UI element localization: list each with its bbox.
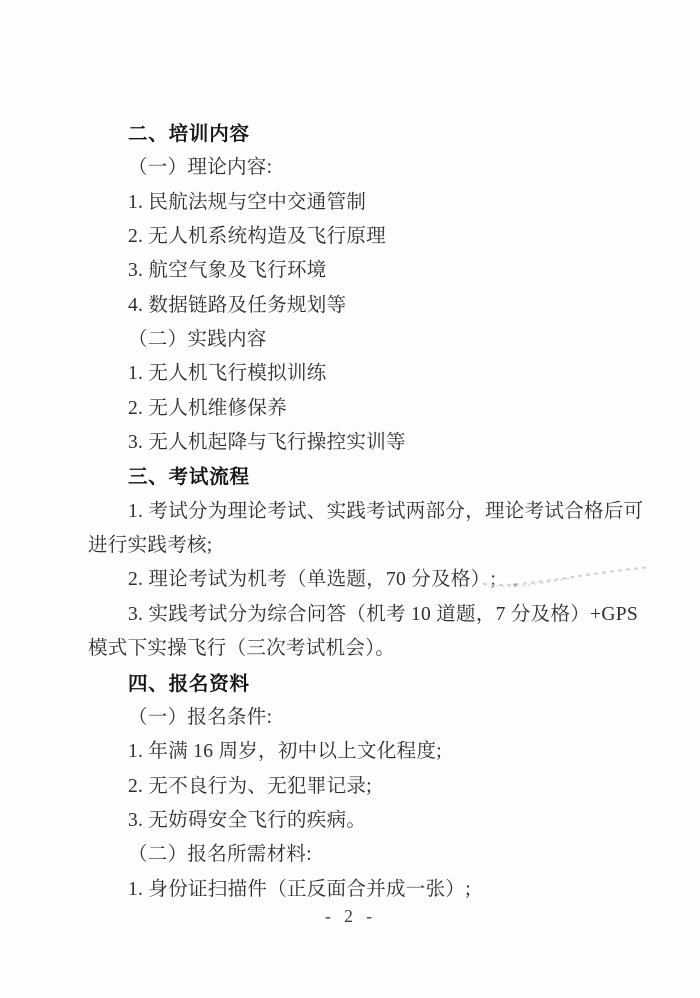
doc-line-subheading: （一）报名条件: <box>88 701 650 735</box>
doc-line-item: 3. 无妨碍安全飞行的疾病。 <box>88 804 650 838</box>
doc-line-item: 4. 数据链路及任务规划等 <box>88 289 650 323</box>
doc-line-subheading: （二）报名所需材料: <box>88 838 650 872</box>
doc-line-item: 3. 实践考试分为综合问答（机考 10 道题，7 分及格）+GPS <box>88 598 650 632</box>
doc-line-item: 1. 民航法规与空中交通管制 <box>88 186 650 220</box>
doc-line-item: 2. 理论考试为机考（单选题，70 分及格）; <box>88 563 650 597</box>
page-footer: - 2 - <box>0 906 700 927</box>
doc-line-item: 3. 航空气象及飞行环境 <box>88 254 650 288</box>
doc-line-heading: 三、考试流程 <box>88 460 650 494</box>
scanned-document-page: 二、培训内容（一）理论内容:1. 民航法规与空中交通管制2. 无人机系统构造及飞… <box>0 0 700 998</box>
doc-line-item: 1. 身份证扫描件（正反面合并成一张）; <box>88 873 650 907</box>
doc-line-item: 1. 无人机飞行模拟训练 <box>88 357 650 391</box>
doc-line-item: 2. 无人机系统构造及飞行原理 <box>88 220 650 254</box>
doc-line-continuation: 模式下实操飞行（三次考试机会）。 <box>88 632 650 666</box>
page-number: - 2 - <box>325 906 375 926</box>
doc-line-subheading: （一）理论内容: <box>88 151 650 185</box>
doc-line-subheading: （二）实践内容 <box>88 323 650 357</box>
doc-line-item: 3. 无人机起降与飞行操控实训等 <box>88 426 650 460</box>
doc-line-heading: 二、培训内容 <box>88 117 650 151</box>
doc-line-continuation: 进行实践考核; <box>88 529 650 563</box>
doc-line-item: 1. 年满 16 周岁，初中以上文化程度; <box>88 735 650 769</box>
doc-line-heading: 四、报名资料 <box>88 667 650 701</box>
doc-line-item: 2. 无不良行为、无犯罪记录; <box>88 770 650 804</box>
document-body: 二、培训内容（一）理论内容:1. 民航法规与空中交通管制2. 无人机系统构造及飞… <box>88 117 650 907</box>
doc-line-item: 1. 考试分为理论考试、实践考试两部分，理论考试合格后可 <box>88 495 650 529</box>
doc-line-item: 2. 无人机维修保养 <box>88 392 650 426</box>
